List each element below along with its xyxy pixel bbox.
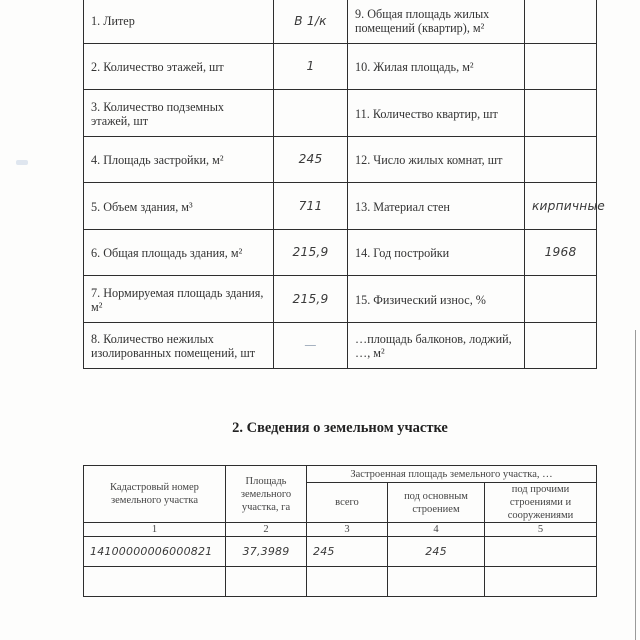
row-label: 10. Жилая площадь, м² <box>348 43 525 90</box>
header-area: Площадь земельного участка, га <box>226 466 307 523</box>
row-value: — <box>274 322 348 369</box>
column-number-row: 1 2 3 4 5 <box>84 523 597 537</box>
table-row: 4. Площадь застройки, м² 245 12. Число ж… <box>84 136 597 183</box>
table-row: 1. Литер В 1/к 9. Общая площадь жилых по… <box>84 0 597 43</box>
row-value <box>525 90 597 137</box>
row-value <box>525 276 597 323</box>
built-area-total <box>307 567 388 597</box>
table-row: 2. Количество этажей, шт 1 10. Жилая пло… <box>84 43 597 90</box>
column-number: 1 <box>84 523 226 537</box>
built-area-main <box>388 567 485 597</box>
row-value: В 1/к <box>274 0 348 43</box>
column-number: 2 <box>226 523 307 537</box>
row-value: 711 <box>274 183 348 230</box>
row-label: …площадь балконов, лоджий, …, м² <box>348 322 525 369</box>
table-row: 14100000006000821 37,3989 245 245 <box>84 537 597 567</box>
cadastral-number <box>84 567 226 597</box>
row-label: 2. Количество этажей, шт <box>84 43 274 90</box>
header-main-building: под основным строением <box>388 483 485 523</box>
row-value: 245 <box>274 136 348 183</box>
built-area-total: 245 <box>307 537 388 567</box>
row-label: 3. Количество подземных этажей, шт <box>84 90 274 137</box>
row-label: 14. Год постройки <box>348 229 525 276</box>
column-number: 5 <box>485 523 597 537</box>
plot-area: 37,3989 <box>226 537 307 567</box>
row-value: 1 <box>274 43 348 90</box>
row-label: 6. Общая площадь здания, м² <box>84 229 274 276</box>
header-cadastral: Кадастровый номер земельного участка <box>84 466 226 523</box>
header-built-area-group: Застроенная площадь земельного участка, … <box>307 466 597 483</box>
row-value <box>274 90 348 137</box>
row-value <box>525 136 597 183</box>
plot-area <box>226 567 307 597</box>
cadastral-number: 14100000006000821 <box>84 537 226 567</box>
row-label: 8. Количество нежилых изолированных поме… <box>84 322 274 369</box>
column-number: 4 <box>388 523 485 537</box>
row-label: 7. Нормируемая площадь здания, м² <box>84 276 274 323</box>
row-label: 12. Число жилых комнат, шт <box>348 136 525 183</box>
built-area-other <box>485 567 597 597</box>
table-row: 8. Количество нежилых изолированных поме… <box>84 322 597 369</box>
header-other-buildings: под прочими строениями и сооружениями <box>485 483 597 523</box>
table-row: 7. Нормируемая площадь здания, м² 215,9 … <box>84 276 597 323</box>
page-edge-line <box>635 330 636 640</box>
column-number: 3 <box>307 523 388 537</box>
row-label: 9. Общая площадь жилых помещений (кварти… <box>348 0 525 43</box>
row-label: 11. Количество квартир, шт <box>348 90 525 137</box>
built-area-other <box>485 537 597 567</box>
row-value: 215,9 <box>274 229 348 276</box>
row-value <box>525 322 597 369</box>
section-title: 2. Сведения о земельном участке <box>0 420 640 437</box>
land-plot-table: Кадастровый номер земельного участка Пло… <box>83 465 597 597</box>
header-row: Кадастровый номер земельного участка Пло… <box>84 466 597 483</box>
row-label: 4. Площадь застройки, м² <box>84 136 274 183</box>
table-row: 5. Объем здания, м³ 711 13. Материал сте… <box>84 183 597 230</box>
header-total: всего <box>307 483 388 523</box>
row-value <box>525 0 597 43</box>
row-value: 215,9 <box>274 276 348 323</box>
row-value <box>525 43 597 90</box>
row-value: кирпичные <box>525 183 597 230</box>
row-label: 5. Объем здания, м³ <box>84 183 274 230</box>
table-row: 3. Количество подземных этажей, шт 11. К… <box>84 90 597 137</box>
table-row <box>84 567 597 597</box>
row-label: 13. Материал стен <box>348 183 525 230</box>
row-label: 1. Литер <box>84 0 274 43</box>
scan-artifact <box>16 160 28 165</box>
built-area-main: 245 <box>388 537 485 567</box>
row-value: 1968 <box>525 229 597 276</box>
row-label: 15. Физический износ, % <box>348 276 525 323</box>
table-row: 6. Общая площадь здания, м² 215,9 14. Го… <box>84 229 597 276</box>
building-characteristics-table: 1. Литер В 1/к 9. Общая площадь жилых по… <box>83 0 597 369</box>
